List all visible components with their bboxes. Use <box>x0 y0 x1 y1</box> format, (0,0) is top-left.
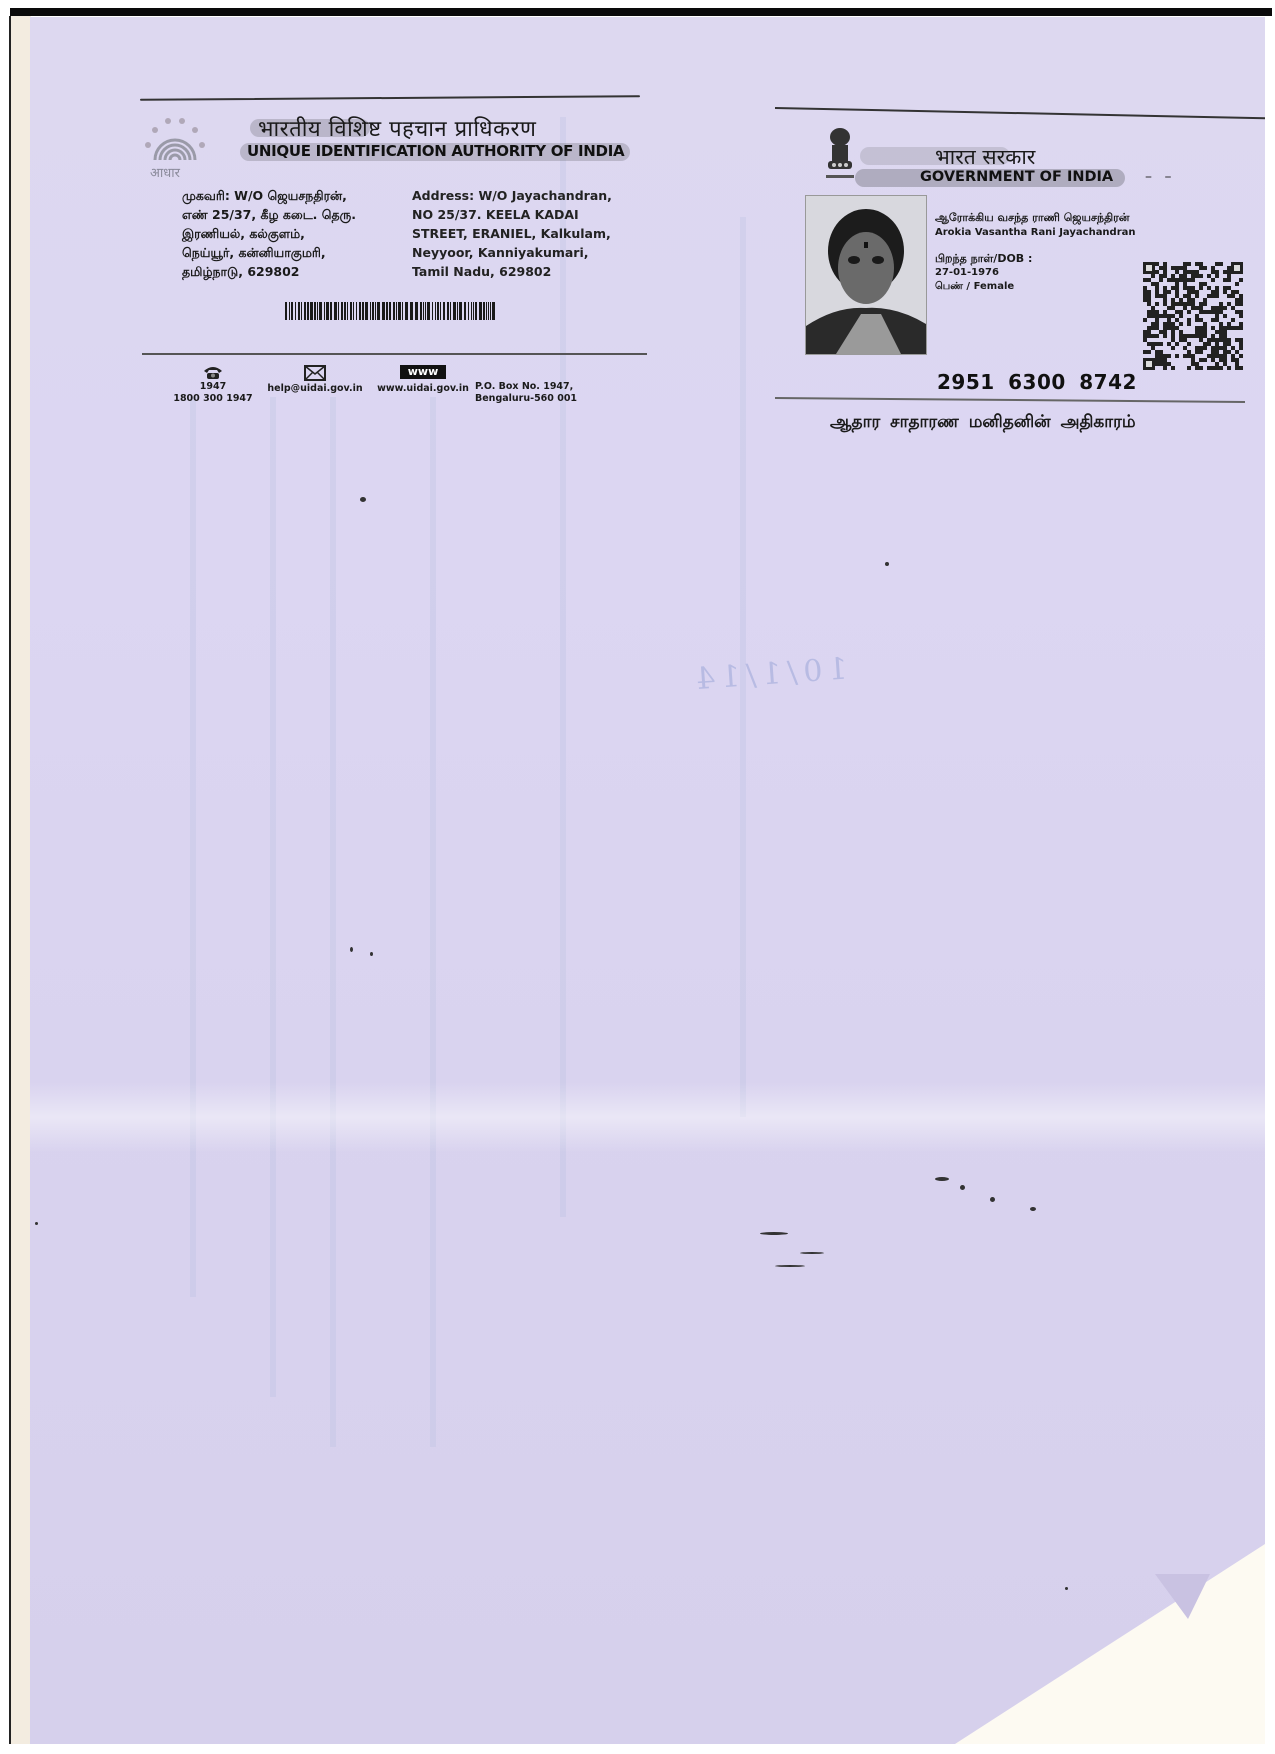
address-tamil-line: நெய்யூர், கன்னியாகுமரி, <box>182 243 356 262</box>
address-english-line: STREET, ERANIEL, Kalkulam, <box>412 224 612 243</box>
address-english-line: Tamil Nadu, 629802 <box>412 262 612 281</box>
toner-speck <box>800 1252 824 1254</box>
goi-header-english: GOVERNMENT OF INDIA <box>920 169 1113 185</box>
po-box-line: P.O. Box No. 1947, <box>475 381 595 393</box>
copy-streak <box>430 397 436 1447</box>
po-box-line: Bengaluru-560 001 <box>475 393 595 405</box>
address-english-line: Neyyoor, Kanniyakumari, <box>412 243 612 262</box>
address-tamil: முகவரி: W/O ஜெயசநதிரன், எண் 25/37, கீழ க… <box>182 186 356 281</box>
holder-name-tamil: ஆரோக்கிய வசந்த ராணி ஜெயசந்திரன் <box>935 211 1129 226</box>
toner-speck <box>370 952 373 956</box>
gender: பெண் / Female <box>935 281 1014 293</box>
toner-speck <box>1065 1587 1068 1590</box>
phone-full: 1800 300 1947 <box>168 393 258 405</box>
address-english-line: NO 25/37. KEELA KADAI <box>412 205 612 224</box>
aadhaar-number: 2951 6300 8742 <box>937 370 1137 394</box>
www-badge: www <box>400 365 447 379</box>
aadhaar-logo-label: आधार <box>150 163 180 181</box>
address-tamil-line: தமிழ்நாடு, 629802 <box>182 262 356 281</box>
phone-short: 1947 <box>168 381 258 393</box>
telephone-icon <box>202 365 224 379</box>
holder-photo <box>805 195 927 355</box>
website-url: www.uidai.gov.in <box>368 383 478 395</box>
qr-code <box>1143 262 1243 370</box>
national-emblem-icon <box>820 125 860 183</box>
toner-speck <box>990 1197 995 1202</box>
toner-speck <box>775 1265 805 1267</box>
card-bottom-rule <box>142 353 647 355</box>
toner-speck <box>760 1232 788 1235</box>
contact-po-box: P.O. Box No. 1947, Bengaluru-560 001 <box>465 381 595 405</box>
card-bottom-rule <box>775 397 1245 403</box>
toner-speck <box>350 947 353 952</box>
dob-label: பிறந்த நாள்/DOB : <box>935 252 1032 267</box>
paper-fold <box>30 1082 1265 1152</box>
goi-header-hindi: भारत सरकार <box>935 143 1035 171</box>
address-tamil-line: எண் 25/37, கீழ கடை. தெரு. <box>182 205 356 224</box>
aadhaar-front-card: भारत सरकार GOVERNMENT OF INDIA – – ஆரோக்… <box>775 107 1265 447</box>
scan-top-border <box>10 8 1272 16</box>
card-top-rule <box>775 107 1265 119</box>
contact-email: help@uidai.gov.in <box>260 365 370 395</box>
address-tamil-line: முகவரி: W/O ஜெயசநதிரன், <box>182 186 356 205</box>
scan-left-border <box>9 16 31 1744</box>
toner-speck <box>960 1185 965 1190</box>
email-address: help@uidai.gov.in <box>260 383 370 395</box>
contact-website: www www.uidai.gov.in <box>368 365 478 395</box>
toner-speck <box>885 562 889 566</box>
toner-speck <box>1030 1207 1036 1211</box>
portrait-image <box>806 196 926 354</box>
address-tamil-line: இரணியல், கல்குளம், <box>182 224 356 243</box>
barcode <box>285 302 495 320</box>
handwritten-date: 10/1/14 <box>689 652 849 698</box>
aadhaar-back-card: आधार भारतीय विशिष्ट पहचान प्राधिकरण UNIQ… <box>110 97 650 437</box>
aadhaar-tagline-tamil: ஆதார சாதாரண மனிதனின் அதிகாரம் <box>830 412 1136 434</box>
envelope-icon <box>304 365 326 381</box>
address-english-line: Address: W/O Jayachandran, <box>412 186 612 205</box>
stray-marks: – – <box>1145 169 1175 185</box>
copy-streak <box>190 397 196 1297</box>
toner-speck <box>35 1222 38 1225</box>
uidai-header-hindi: भारतीय विशिष्ट पहचान प्राधिकरण <box>258 113 536 143</box>
uidai-header-english: UNIQUE IDENTIFICATION AUTHORITY OF INDIA <box>247 142 624 160</box>
photocopy-sheet: आधार भारतीय विशिष्ट पहचान प्राधिकरण UNIQ… <box>30 17 1265 1744</box>
copy-streak <box>330 397 336 1447</box>
folded-corner <box>955 1544 1265 1744</box>
address-english: Address: W/O Jayachandran, NO 25/37. KEE… <box>412 186 612 281</box>
toner-speck <box>360 497 366 502</box>
aadhaar-fingerprint-sun-icon <box>140 115 210 170</box>
contact-phone: 1947 1800 300 1947 <box>168 365 258 405</box>
dob-value: 27-01-1976 <box>935 267 999 278</box>
toner-speck <box>935 1177 949 1181</box>
copy-streak <box>270 397 276 1397</box>
holder-name-english: Arokia Vasantha Rani Jayachandran <box>935 227 1136 238</box>
card-top-rule <box>140 95 640 100</box>
